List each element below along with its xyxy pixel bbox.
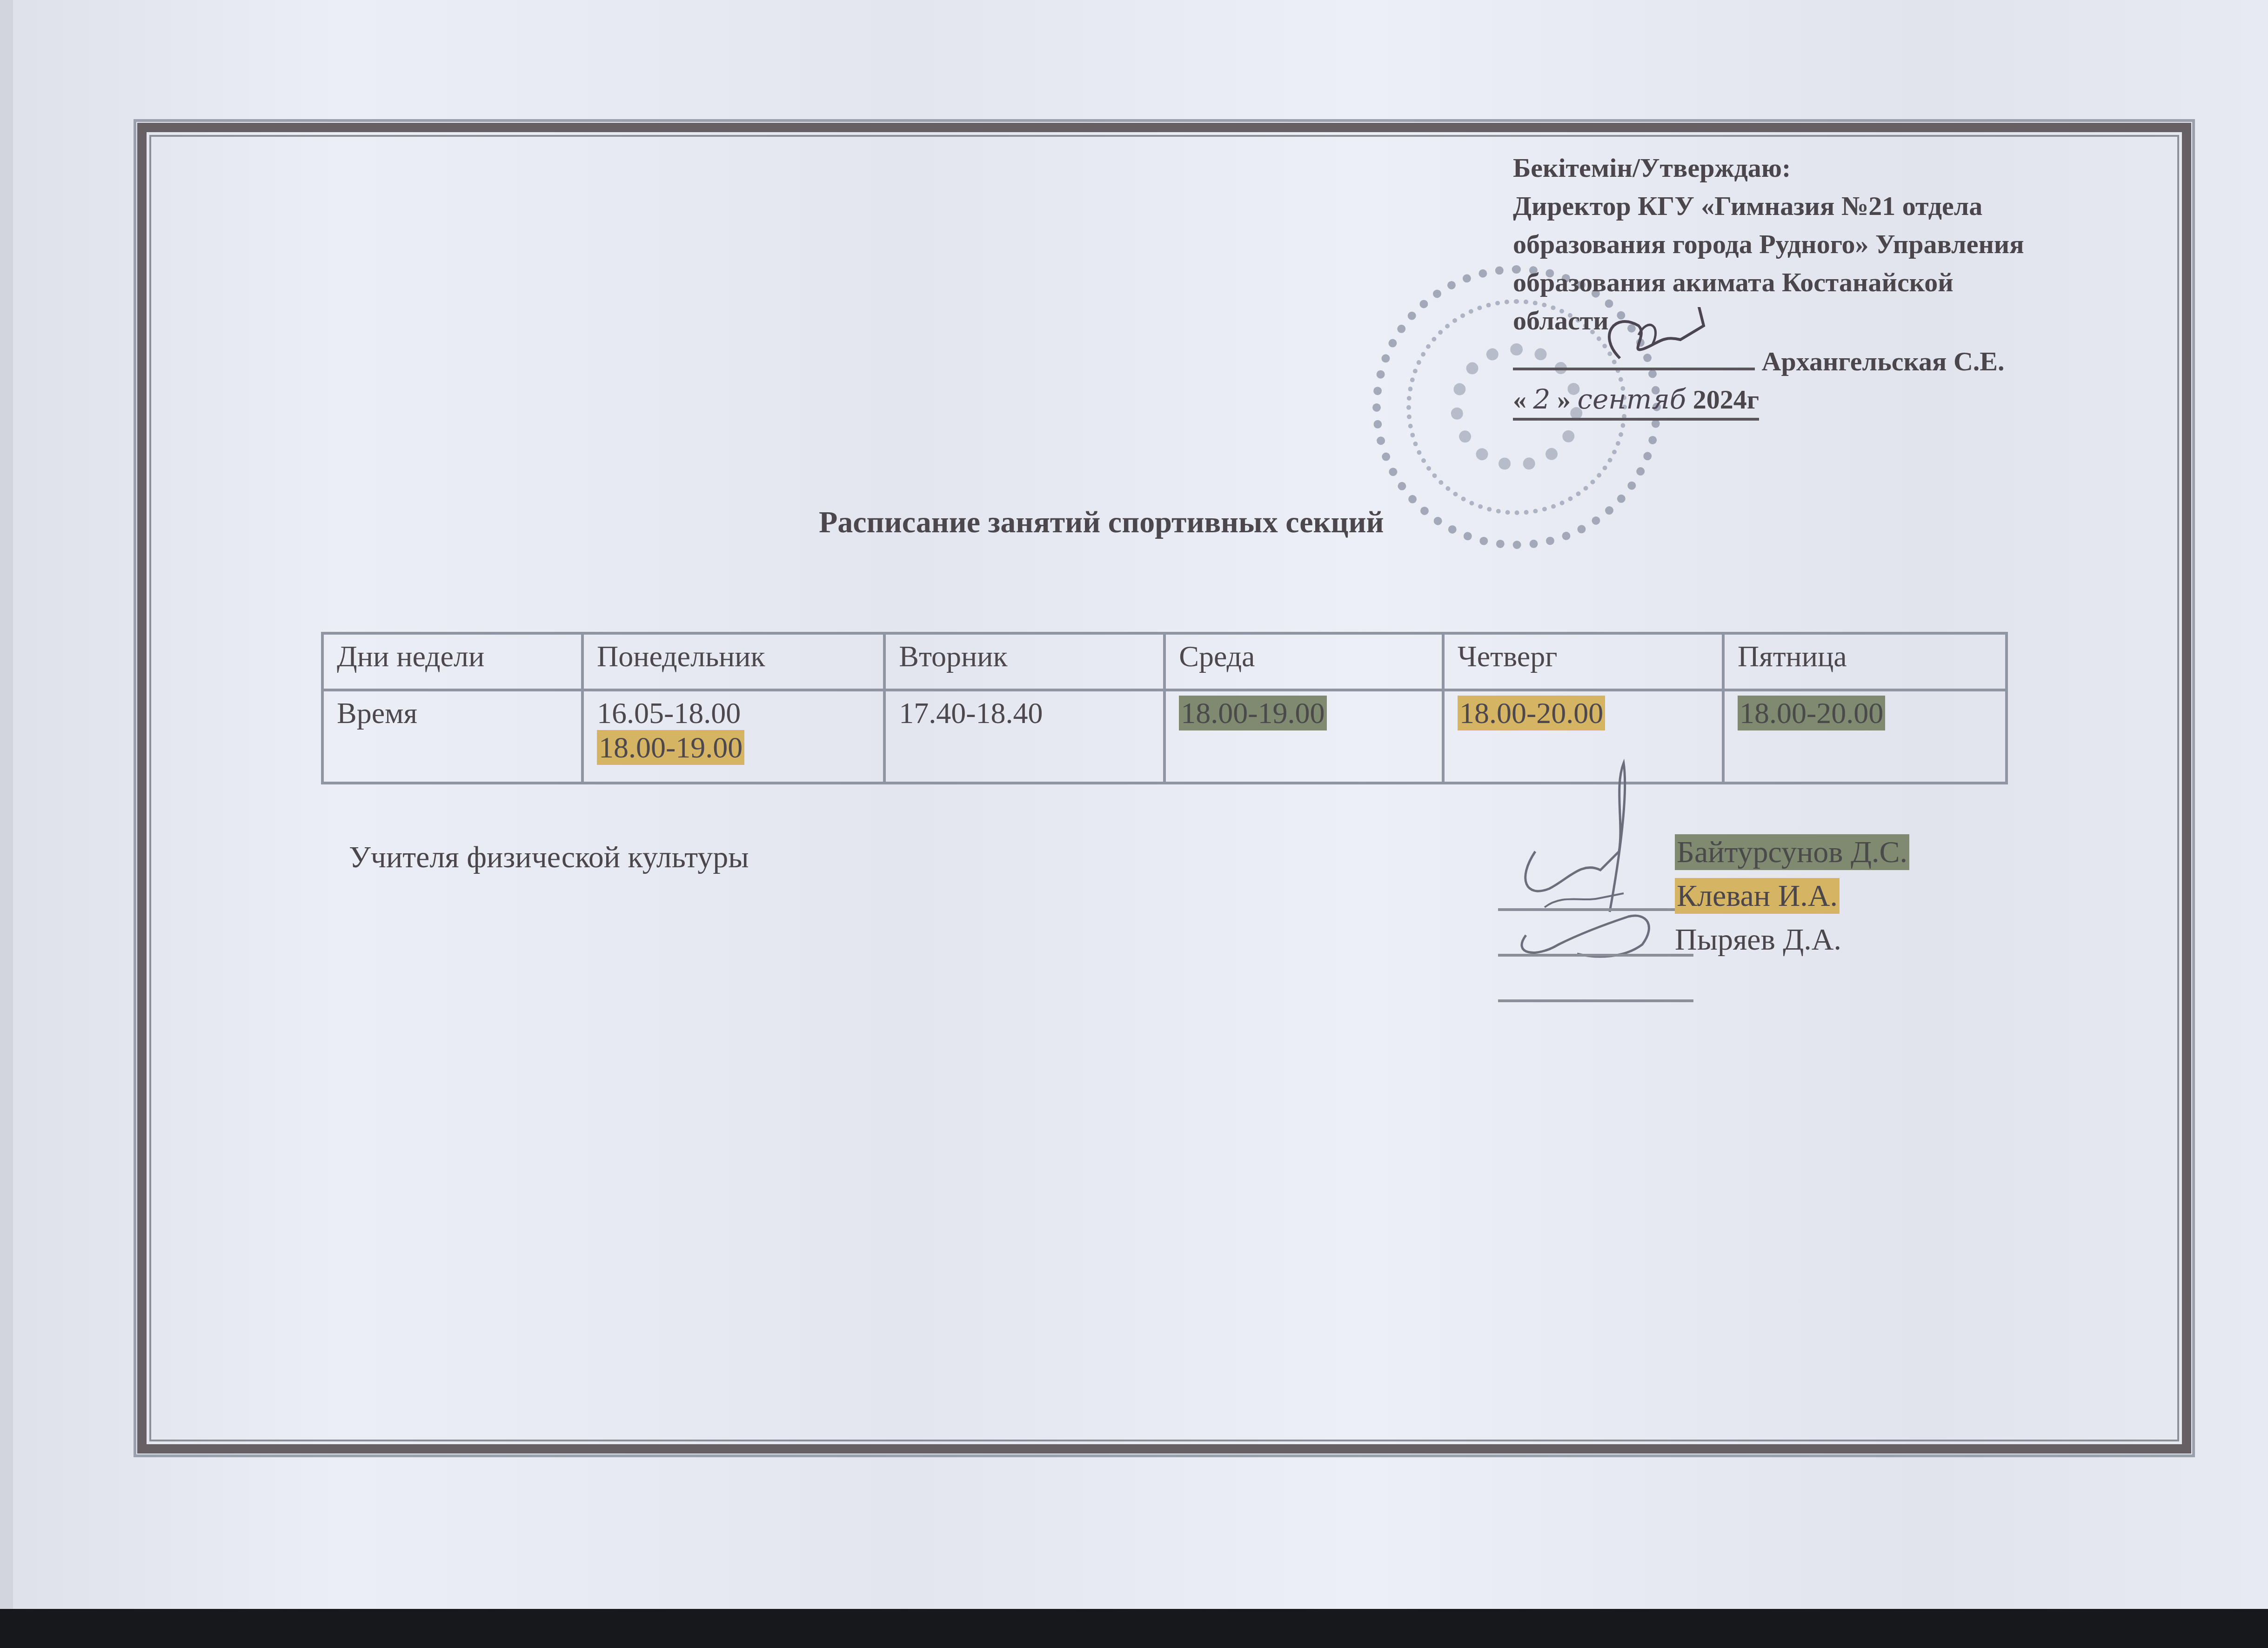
time-slot: 18.00-20.00 bbox=[1458, 696, 1605, 730]
header-cell: Понедельник bbox=[582, 633, 884, 690]
time-slot: 18.00-19.00 bbox=[1179, 696, 1326, 730]
teacher-list: Байтурсунов Д.С. Клеван И.А. Пыряев Д.А. bbox=[1675, 831, 1909, 962]
approval-date: « 2 » сентяб 2024г bbox=[1513, 381, 1759, 421]
teacher-name: Клеван И.А. bbox=[1675, 874, 1909, 918]
header-cell: Четверг bbox=[1443, 633, 1723, 690]
signature-icon bbox=[1587, 307, 1829, 363]
approval-block: Бекітемін/Утверждаю: Директор КГУ «Гимна… bbox=[1513, 149, 2155, 421]
time-cell: 18.00-20.00 bbox=[1723, 690, 2007, 783]
teacher-name: Байтурсунов Д.С. bbox=[1675, 831, 1909, 874]
approval-line: Директор КГУ «Гимназия №21 отдела bbox=[1513, 187, 2155, 225]
date-year: 2024г bbox=[1693, 384, 1759, 415]
approval-line: образования акимата Костанайской bbox=[1513, 263, 2155, 301]
paper-edge bbox=[0, 0, 13, 1610]
header-cell: Пятница bbox=[1723, 633, 2007, 690]
document-title: Расписание занятий спортивных секций bbox=[819, 505, 1384, 540]
director-signature bbox=[1513, 340, 1755, 370]
time-slot: 18.00-19.00 bbox=[597, 730, 744, 765]
teacher-name: Пыряев Д.А. bbox=[1675, 918, 1909, 962]
schedule-table: Дни недели Понедельник Вторник Среда Чет… bbox=[321, 632, 2008, 784]
table-row: Время 16.05-18.0018.00-19.00 17.40-18.40… bbox=[322, 690, 2007, 783]
time-cell: 17.40-18.40 bbox=[884, 690, 1164, 783]
table-header-row: Дни недели Понедельник Вторник Среда Чет… bbox=[322, 633, 2007, 690]
approval-line: образования города Рудного» Управления bbox=[1513, 225, 2155, 263]
time-slot: 16.05-18.00 bbox=[597, 697, 741, 730]
time-slot: 18.00-20.00 bbox=[1738, 696, 1885, 730]
date-day: 2 bbox=[1533, 383, 1551, 415]
row-label: Время bbox=[322, 690, 582, 783]
header-cell: Среда bbox=[1164, 633, 1443, 690]
scanner-background bbox=[0, 1609, 2268, 1648]
director-signature-row: Архангельская С.Е. bbox=[1513, 340, 2155, 381]
time-slot: 17.40-18.40 bbox=[899, 697, 1043, 730]
approval-heading: Бекітемін/Утверждаю: bbox=[1513, 149, 2155, 187]
header-cell: Дни недели bbox=[322, 633, 582, 690]
time-cell: 16.05-18.0018.00-19.00 bbox=[582, 690, 884, 783]
signature-lines bbox=[1498, 865, 1693, 1002]
header-cell: Вторник bbox=[884, 633, 1164, 690]
date-month: сентяб bbox=[1577, 383, 1686, 415]
teachers-label: Учителя физической культуры bbox=[349, 840, 749, 875]
time-cell: 18.00-19.00 bbox=[1164, 690, 1443, 783]
